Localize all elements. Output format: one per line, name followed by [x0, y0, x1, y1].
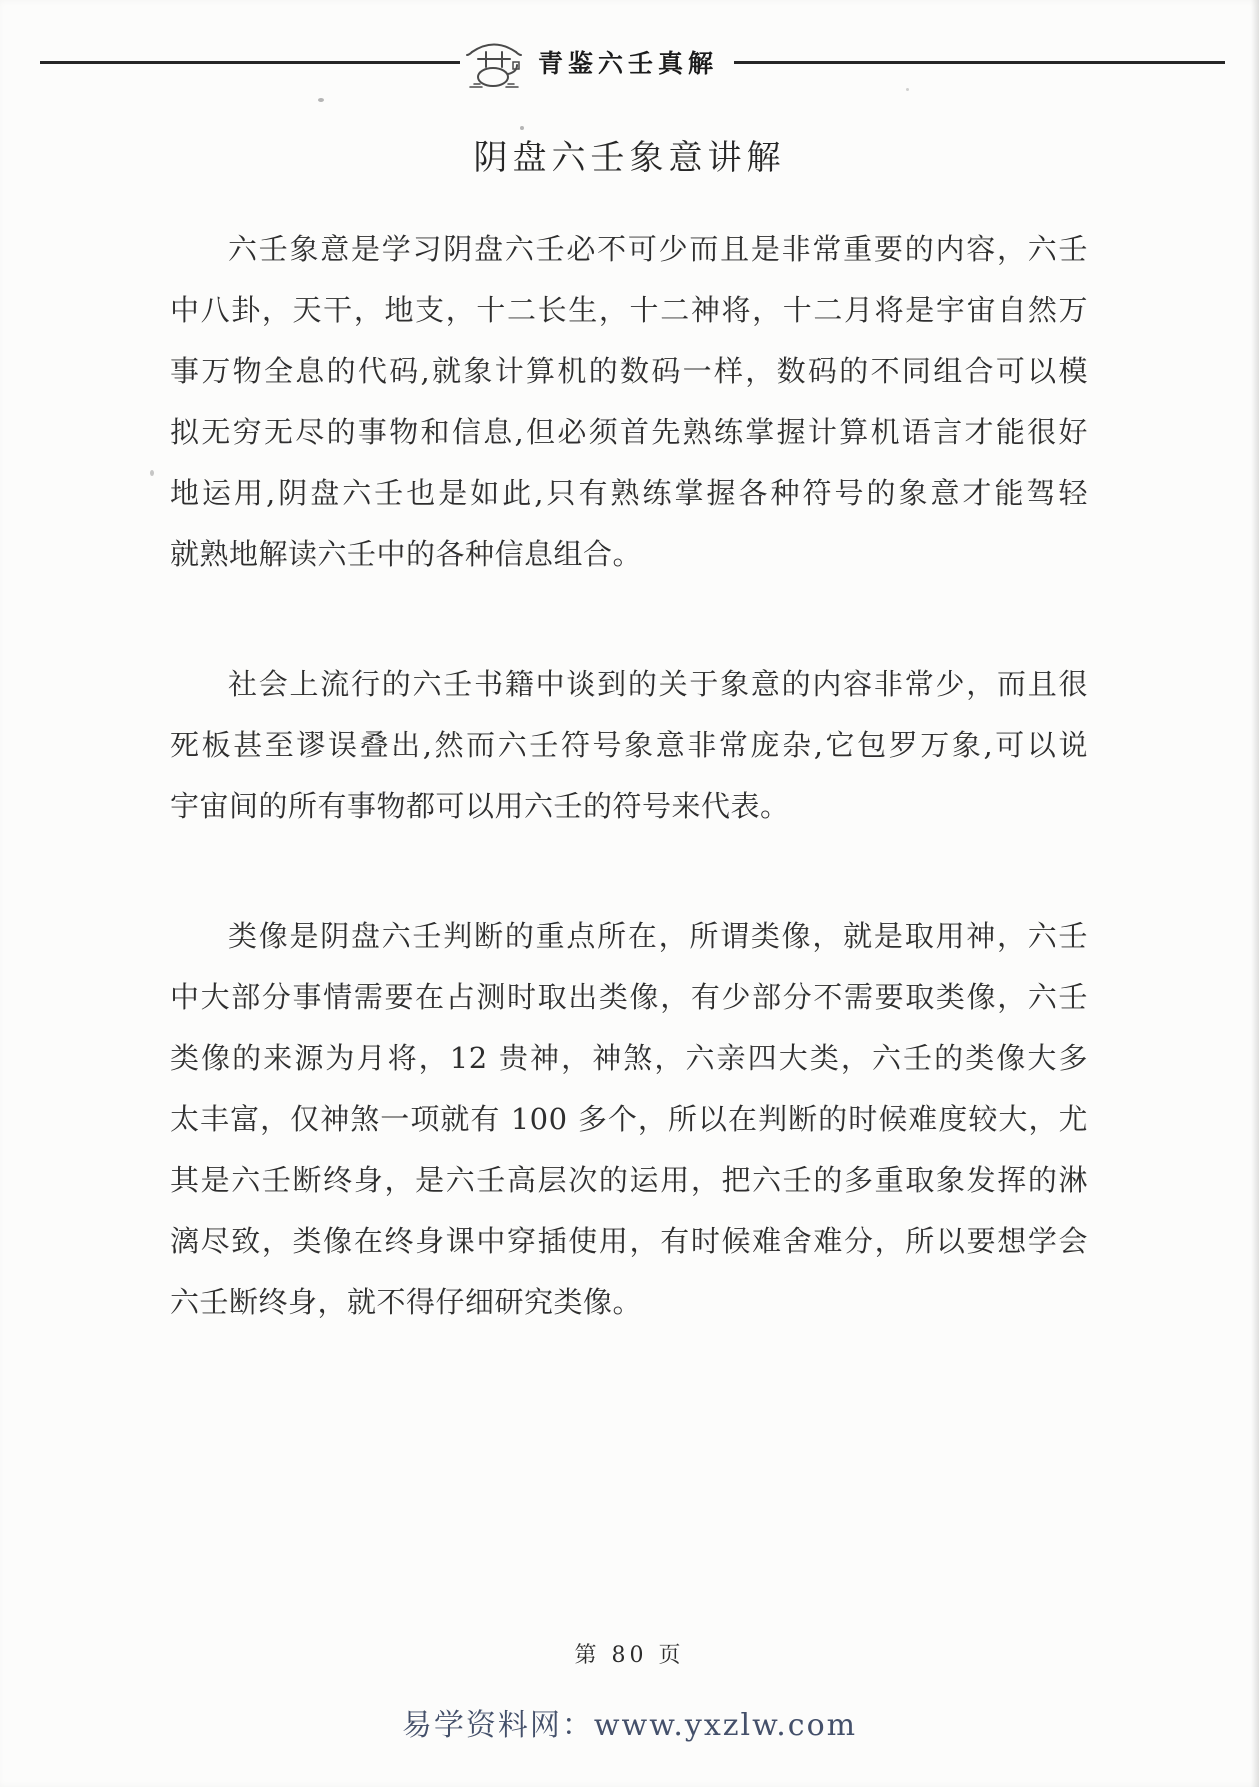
text-line: 就熟地解读六壬中的各种信息组合。 [170, 524, 1088, 585]
text-line: 中大部分事情需要在占测时取出类像，有少部分不需要取类像，六壬 [170, 967, 1088, 1028]
text-line: 宇宙间的所有事物都可以用六壬的符号来代表。 [170, 776, 1088, 837]
text-line: 六壬断终身，就不得仔细研究类像。 [170, 1272, 1088, 1333]
page-title: 阴盘六壬象意讲解 [0, 130, 1259, 179]
text-line: 社会上流行的六壬书籍中谈到的关于象意的内容非常少，而且很 [170, 654, 1088, 715]
paragraph: 六壬象意是学习阴盘六壬必不可少而且是非常重要的内容，六壬中八卦，天干，地支，十二… [170, 219, 1088, 585]
text-line: 中八卦，天干，地支，十二长生，十二神将，十二月将是宇宙自然万 [170, 280, 1088, 341]
text-line: 死板甚至谬误叠出,然而六壬符号象意非常庞杂,它包罗万象,可以说 [170, 715, 1088, 776]
text-line: 漓尽致，类像在终身课中穿插使用，有时候难舍难分，所以要想学会 [170, 1211, 1088, 1272]
scan-speck [906, 88, 909, 91]
scan-speck [150, 470, 154, 476]
text-line: 拟无穷无尽的事物和信息,但必须首先熟练掌握计算机语言才能很好 [170, 402, 1088, 463]
scan-speck [318, 98, 324, 102]
scan-speck [520, 126, 524, 130]
document-page: 青鉴六壬真解 阴盘六壬象意讲解 六壬象意是学习阴盘六壬必不可少而且是非常重要的内… [0, 0, 1259, 1787]
text-line: 太丰富，仅神煞一项就有 100 多个，所以在判断的时候难度较大，尤 [170, 1089, 1088, 1150]
site-watermark: 易学资料网：www.yxzlw.com [0, 1700, 1259, 1744]
page-number: 第 80 页 [0, 1638, 1259, 1669]
body-text: 六壬象意是学习阴盘六壬必不可少而且是非常重要的内容，六壬中八卦，天干，地支，十二… [170, 219, 1088, 1402]
text-line: 六壬象意是学习阴盘六壬必不可少而且是非常重要的内容，六壬 [170, 219, 1088, 280]
text-line: 类像的来源为月将，12 贵神，神煞，六亲四大类，六壬的类像大多 [170, 1028, 1088, 1089]
text-line: 其是六壬断终身，是六壬高层次的运用，把六壬的多重取象发挥的淋 [170, 1150, 1088, 1211]
text-line: 地运用,阴盘六壬也是如此,只有熟练掌握各种符号的象意才能驾轻 [170, 463, 1088, 524]
text-line: 类像是阴盘六壬判断的重点所在，所谓类像，就是取用神，六壬 [170, 906, 1088, 967]
publisher-logo-icon [464, 34, 524, 90]
header-rule-right [734, 61, 1225, 64]
text-line: 事万物全息的代码,就象计算机的数码一样，数码的不同组合可以模 [170, 341, 1088, 402]
header-rule-left [40, 61, 460, 64]
scan-edge-shade [1251, 0, 1259, 1787]
paragraph: 社会上流行的六壬书籍中谈到的关于象意的内容非常少，而且很死板甚至谬误叠出,然而六… [170, 654, 1088, 837]
page-header: 青鉴六壬真解 [40, 34, 1225, 90]
book-title-brand: 青鉴六壬真解 [532, 44, 734, 80]
paragraph: 类像是阴盘六壬判断的重点所在，所谓类像，就是取用神，六壬中大部分事情需要在占测时… [170, 906, 1088, 1333]
